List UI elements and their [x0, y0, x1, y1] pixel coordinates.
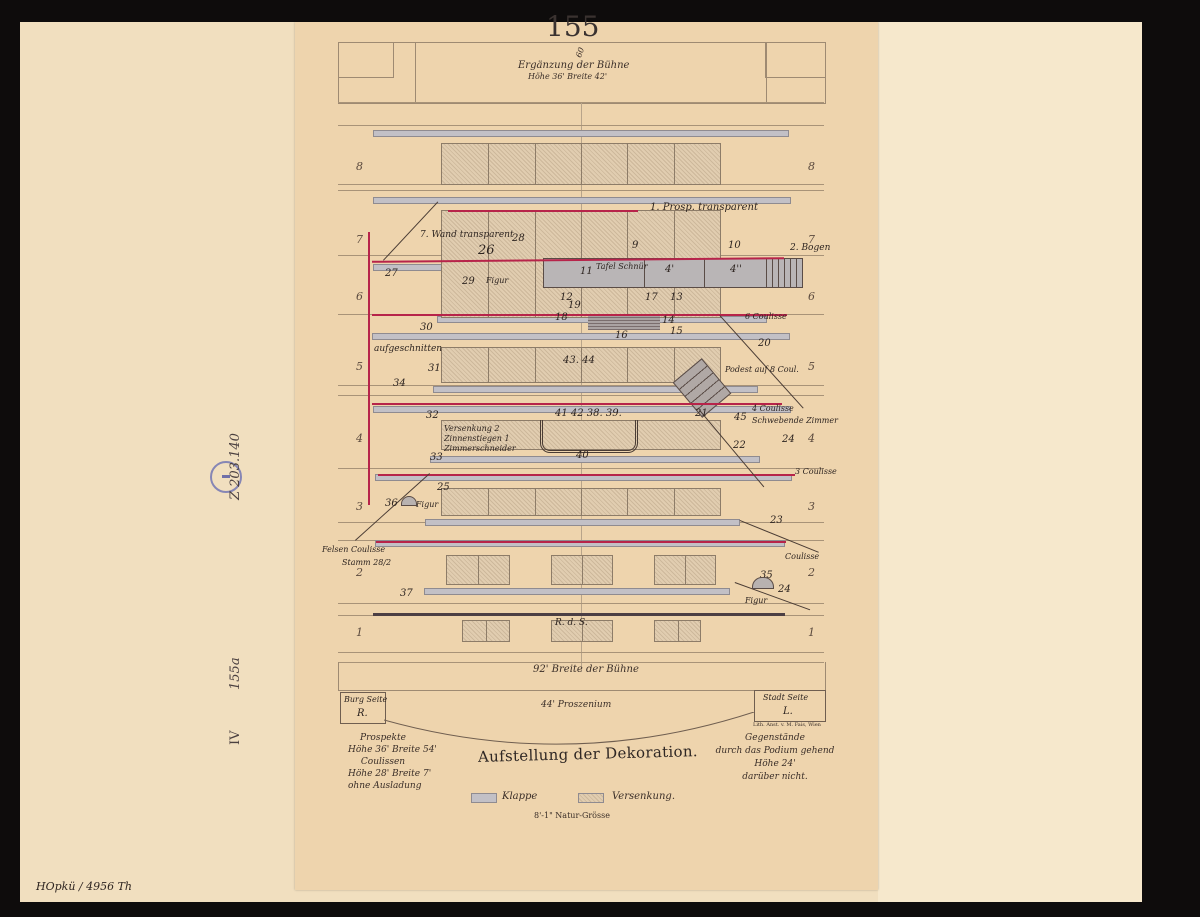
- lane-label-right: 2: [808, 566, 815, 579]
- corner-right: [765, 42, 825, 78]
- lane-label-right: 1: [808, 626, 815, 639]
- plan-line: [338, 190, 824, 191]
- red-line: [372, 403, 782, 405]
- annotation: 34: [393, 378, 406, 389]
- annotation: 36: [385, 498, 398, 509]
- annotation: 40: [576, 450, 589, 461]
- lane-label-right: 6: [808, 290, 815, 303]
- versenkung-block: [446, 555, 510, 585]
- red-line: [378, 474, 795, 476]
- front-bar: [373, 613, 785, 616]
- legend-versenkung-label: Versenkung.: [612, 791, 675, 802]
- note-line: darüber nicht.: [705, 771, 845, 784]
- burg-side-label: Burg Seite: [344, 695, 387, 704]
- annotation: 4 Coulisse: [752, 404, 794, 413]
- signature-number: Z 203.140: [228, 433, 243, 500]
- figure-marker: [752, 577, 774, 589]
- annotation: 2. Bogen: [790, 243, 830, 253]
- stage-width-label: 92' Breite der Bühne: [533, 664, 639, 675]
- annotation: 9: [632, 240, 638, 251]
- versenkung-block: [654, 620, 701, 642]
- annotation: 4': [665, 264, 674, 275]
- annotation: 19: [568, 300, 581, 311]
- note-line: Prospekte: [348, 732, 418, 744]
- versenkung-block: [462, 620, 510, 642]
- annotation: 28: [512, 233, 525, 244]
- annotation: 31: [428, 363, 441, 374]
- lane-label-right: 5: [808, 360, 815, 373]
- plan-line: [338, 652, 824, 653]
- extension-title: Ergänzung der Bühne: [518, 60, 629, 71]
- page-number: 155: [546, 10, 599, 43]
- plan-line: [338, 102, 824, 103]
- note-line: durch das Podium gehend: [705, 745, 845, 758]
- annotation: R. d. S.: [555, 618, 588, 628]
- versenkung-block: [551, 555, 613, 585]
- lane-label-right: 3: [808, 500, 815, 513]
- annotation: 11: [580, 266, 593, 277]
- annotation: 6 Coulisse: [745, 312, 787, 321]
- legend-versenkung-swatch: [578, 793, 604, 803]
- annotation: Figur: [745, 596, 767, 605]
- stadt-side-letter: L.: [783, 706, 793, 717]
- note-line: Höhe 24': [705, 758, 845, 771]
- note-line: Gegenstände: [705, 732, 845, 745]
- plan-line: [338, 468, 824, 469]
- figure-marker: [401, 496, 417, 506]
- annotation: 33: [430, 452, 443, 463]
- annotation: Schwebende Zimmer: [752, 416, 838, 425]
- note-line: Coulissen: [348, 756, 418, 768]
- annotation: 1. Prosp. transparent: [650, 202, 758, 213]
- versenkung-block: [441, 143, 721, 185]
- extension-dims: Höhe 36' Breite 42': [528, 72, 607, 81]
- annotation: 16: [615, 330, 628, 341]
- annotation: 26: [478, 243, 495, 258]
- annotation: 21: [695, 408, 708, 419]
- legend-klappe-swatch: [471, 793, 497, 803]
- annotation: 41 42 38. 39.: [555, 408, 622, 419]
- annotation: Felsen Coulisse: [322, 545, 385, 554]
- left-notes: Prospekte Höhe 36' Breite 54' Coulissen …: [348, 732, 418, 792]
- burg-side-box: Burg Seite R.: [340, 692, 386, 724]
- annotation: Stamm 28/2: [342, 558, 391, 567]
- lane-label-right: 4: [808, 432, 815, 445]
- annotation: 18: [555, 312, 568, 323]
- annotation: Figur: [416, 500, 438, 509]
- annotation: 25: [437, 482, 450, 493]
- klappe-bar: [373, 130, 789, 137]
- scale-label: 8'-1" Natur-Grösse: [534, 811, 610, 820]
- annotation: 45: [734, 412, 747, 423]
- right-notes: Gegenstände durch das Podium gehend Höhe…: [705, 732, 845, 784]
- red-line: [448, 210, 638, 212]
- lane-label-left: 7: [356, 233, 363, 246]
- backing-sheet-right: [878, 22, 1142, 902]
- lane-label-left: 3: [356, 500, 363, 513]
- lane-label-left: 5: [356, 360, 363, 373]
- red-line: [372, 314, 787, 316]
- klappe-bar: [425, 519, 740, 526]
- annotation: 43. 44: [563, 355, 595, 366]
- annotation: 17: [645, 292, 658, 303]
- annotation: 32: [426, 410, 439, 421]
- inventory-number: HOpkü / 4956 Th: [36, 880, 132, 893]
- note-line: Höhe 36' Breite 54': [348, 744, 418, 756]
- versenkung-block: [654, 555, 716, 585]
- annotation: 20: [758, 338, 771, 349]
- burg-side-letter: R.: [357, 708, 368, 719]
- lane-label-left: 1: [356, 626, 363, 639]
- note-line: ohne Ausladung: [348, 780, 418, 792]
- proscenium-label: 44' Proszenium: [541, 700, 611, 710]
- lane-label-left: 8: [356, 160, 363, 173]
- versenkung-block: [441, 488, 721, 516]
- lane-label-left: 4: [356, 432, 363, 445]
- lane-label-right: 8: [808, 160, 815, 173]
- annotation: 24: [778, 584, 791, 595]
- annotation: 22: [733, 440, 746, 451]
- note-line: Höhe 28' Breite 7': [348, 768, 418, 780]
- annotation: 24: [782, 434, 795, 445]
- annotation: 13: [670, 292, 683, 303]
- annotation: Podest auf 8 Coul.: [725, 365, 799, 374]
- annotation: 15: [670, 326, 683, 337]
- lane-label-left: 6: [356, 290, 363, 303]
- stadt-side-box: Stadt Seite L.: [754, 690, 826, 722]
- annotation: Figur: [486, 276, 508, 285]
- stadt-side-label: Stadt Seite: [763, 693, 808, 702]
- annotation: 27: [385, 268, 398, 279]
- annotation: 4'': [730, 264, 742, 275]
- annotation: 3 Coulisse: [795, 467, 837, 476]
- corner-left: [338, 42, 394, 78]
- annotation: 7. Wand transparent: [420, 230, 514, 240]
- klappe-bar: [430, 456, 760, 463]
- lane-label-left: 2: [356, 566, 363, 579]
- annotation: Tafel Schnür: [596, 262, 648, 271]
- legend-klappe-label: Klappe: [502, 791, 537, 802]
- red-line: [376, 541, 786, 543]
- margin-number: 155a: [228, 657, 243, 690]
- printer-credit: Lith. Anst. v. M. Fais, Wien: [753, 722, 821, 728]
- annotation: Coulisse: [785, 552, 819, 561]
- annotation: 30: [420, 322, 433, 333]
- red-vertical: [368, 232, 370, 505]
- annotation: 23: [770, 515, 783, 526]
- annotation: 37: [400, 588, 413, 599]
- klappe-bar: [372, 333, 790, 340]
- stairs: [588, 316, 660, 330]
- annotation: aufgeschnitten: [374, 344, 442, 354]
- annotation: 10: [728, 240, 741, 251]
- margin-roman: IV: [228, 730, 243, 745]
- annotation: 14: [662, 315, 675, 326]
- klappe-bar: [424, 588, 730, 595]
- annotation: Versenkung 2 Zinnenstiegen 1 Zimmerschne…: [444, 424, 534, 454]
- annotation: 29: [462, 276, 475, 287]
- plan-line: [338, 125, 824, 126]
- arch-structure: [540, 420, 638, 453]
- plan-line: [338, 395, 824, 396]
